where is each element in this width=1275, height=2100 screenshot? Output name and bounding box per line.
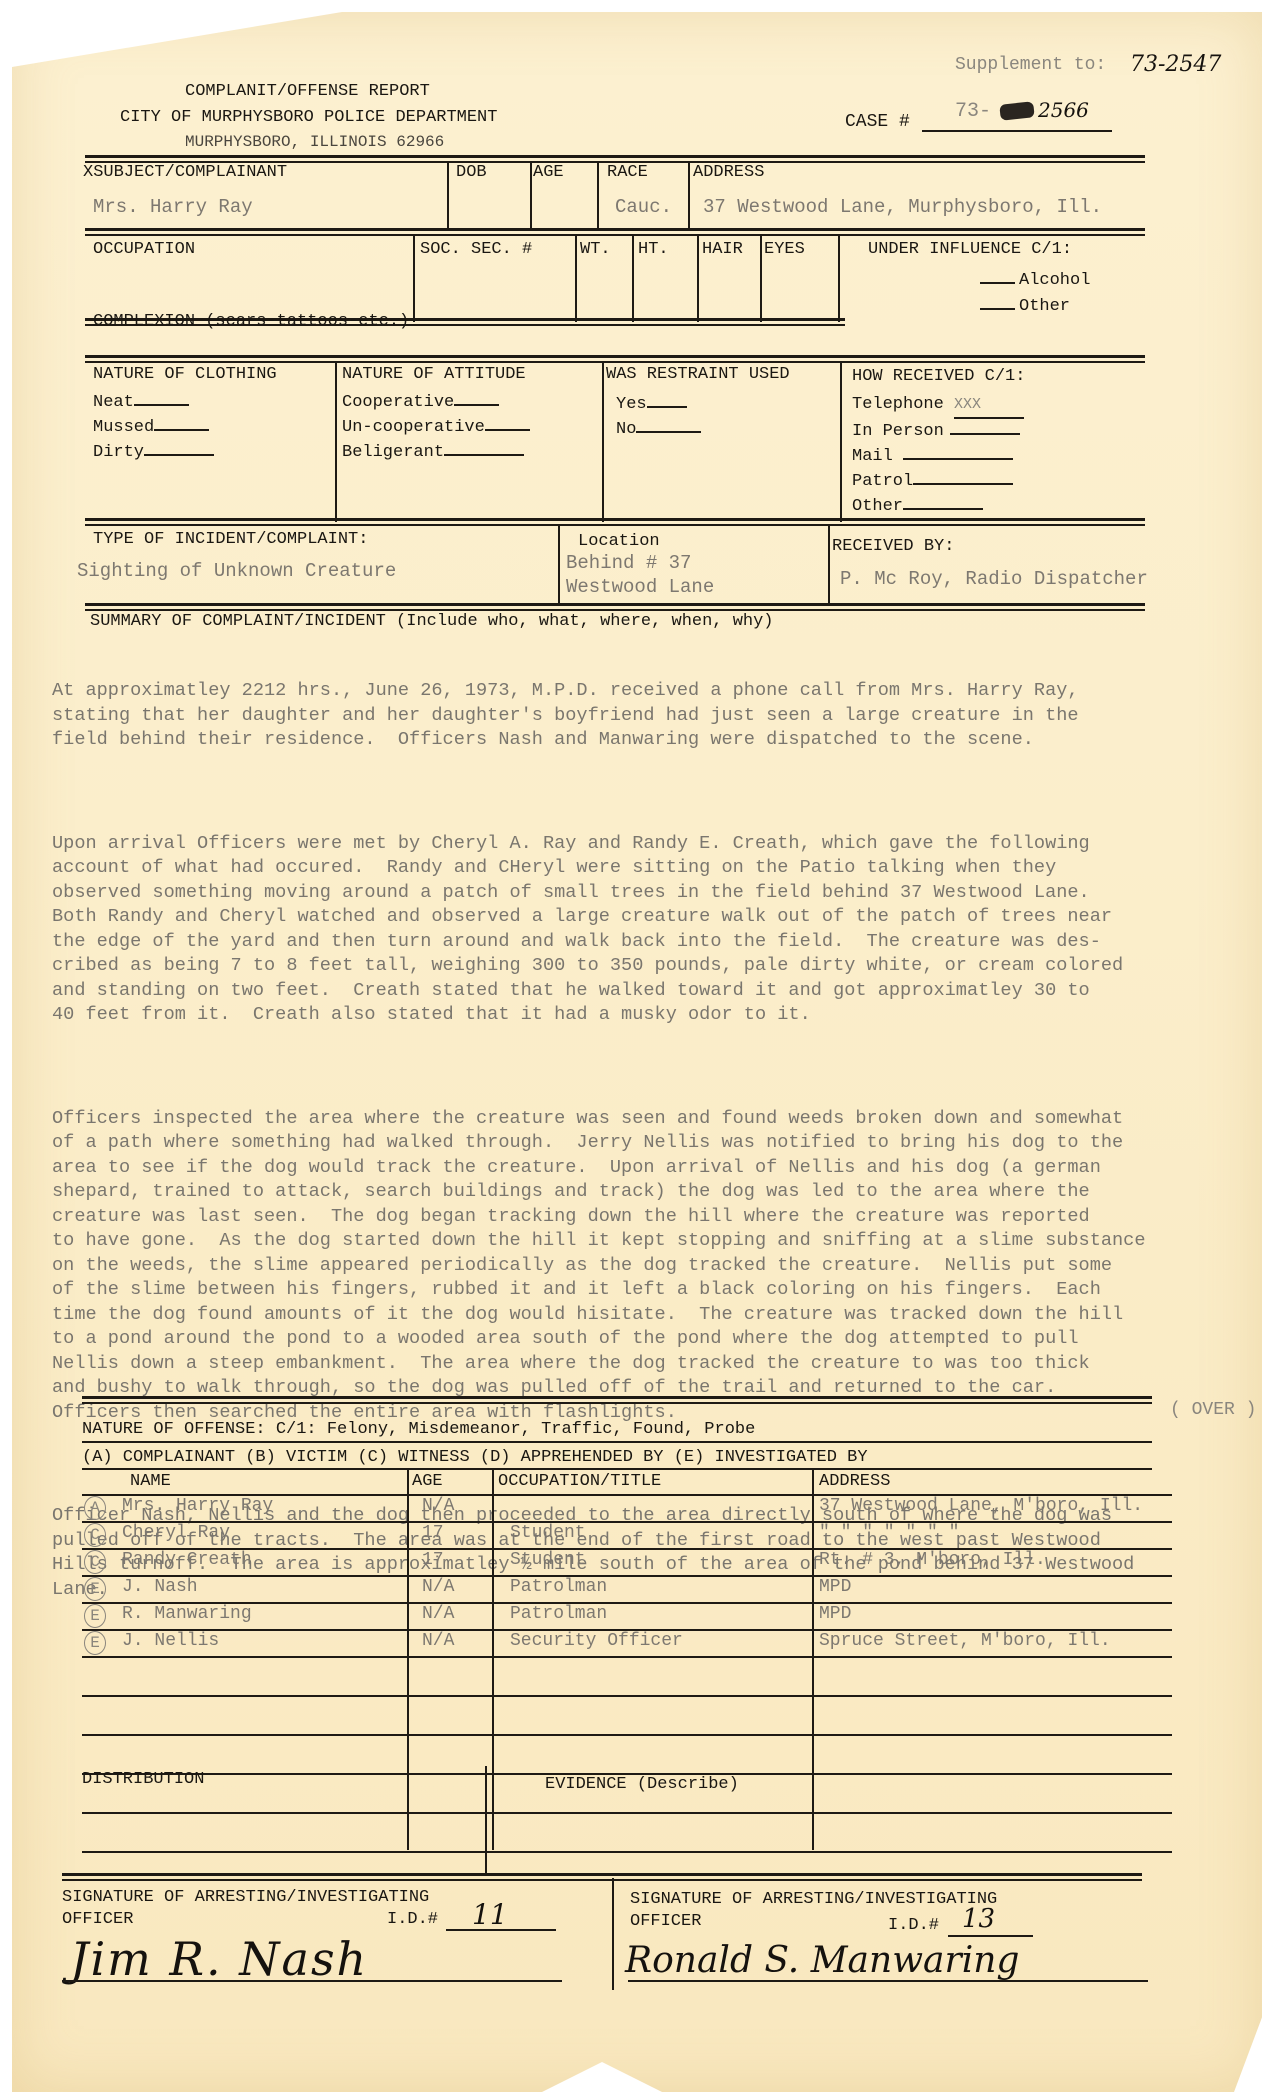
col-divider [407, 1470, 409, 1850]
col-divider [485, 1766, 487, 1876]
person-address: " " " " " " " [819, 1523, 959, 1543]
role-code-badge: A [84, 1496, 106, 1520]
option-label: Un-cooperative [342, 418, 485, 437]
person-address: MPD [819, 1604, 851, 1624]
complexion-label: COMPLEXION (scars-tattoos-etc.) [93, 312, 409, 331]
over-label: ( OVER ) [1170, 1400, 1256, 1420]
person-name: R. Manwaring [122, 1604, 252, 1624]
col-divider [812, 1470, 814, 1850]
alcohol-label: Alcohol [1019, 271, 1090, 290]
sig1-label-line1: SIGNATURE OF ARRESTING/INVESTIGATING [62, 1888, 429, 1907]
incident-type-value: Sighting of Unknown Creature [77, 560, 396, 582]
telephone-check-mark: XXX [954, 392, 1024, 419]
option-label: Other [852, 497, 903, 516]
col-header-address: ADDRESS [819, 1472, 890, 1491]
option-blank [913, 469, 1013, 485]
option-blank [903, 494, 983, 510]
restraint-options: Yes No [616, 392, 701, 442]
sig1-line [62, 1980, 562, 1982]
dob-label: DOB [456, 163, 487, 182]
option-label: Dirty [93, 443, 144, 462]
divider [85, 155, 1145, 163]
role-code-badge: E [84, 1631, 106, 1655]
option-blank [134, 390, 189, 406]
person-age: N/A [422, 1604, 454, 1624]
col-divider [838, 236, 840, 322]
case-number: 2566 [1038, 98, 1089, 122]
other-blank[interactable] [980, 294, 1015, 310]
sig2-line [628, 1980, 1148, 1982]
col-divider [688, 162, 690, 230]
blank-table-row [82, 1695, 1172, 1734]
attitude-option-uncooperative[interactable]: Un-cooperative [342, 415, 530, 440]
col-divider [612, 1878, 614, 1990]
officer2-signature[interactable]: Ronald S. Manwaring [625, 1940, 1019, 1981]
person-address: Spruce Street, M'boro, Ill. [819, 1631, 1111, 1651]
col-divider [335, 362, 337, 522]
summary-paragraph: Upon arrival Officers were met by Cheryl… [52, 832, 1262, 1028]
table-row: ER. ManwaringN/APatrolmanMPD [82, 1602, 1172, 1629]
torn-corner [12, 12, 342, 67]
option-blank [647, 392, 687, 408]
received-option-patrol[interactable]: Patrol [852, 469, 1024, 494]
col-header-name: NAME [130, 1472, 171, 1491]
restraint-option-yes[interactable]: Yes [616, 392, 701, 417]
person-occupation: Student [510, 1523, 586, 1543]
person-name: Randy Creath [122, 1550, 252, 1570]
race-label: RACE [607, 163, 648, 182]
col-divider [558, 524, 560, 604]
option-blank [950, 419, 1020, 435]
option-label: Mail [852, 447, 893, 466]
persons-header-row: NAME AGE OCCUPATION/TITLE ADDRESS [82, 1470, 1172, 1494]
department-name: CITY OF MURPHYSBORO POLICE DEPARTMENT [120, 108, 497, 127]
person-occupation: Patrolman [510, 1577, 607, 1597]
col-divider [597, 162, 599, 230]
option-label: Cooperative [342, 393, 454, 412]
supplement-number: 73-2547 [1130, 52, 1221, 77]
attitude-option-beligerant[interactable]: Beligerant [342, 440, 530, 465]
officer1-signature[interactable]: Jim R. Nash [70, 1932, 368, 1986]
col-header-age: AGE [412, 1472, 443, 1491]
case-prefix: 73- [955, 100, 991, 123]
location-line-2: Westwood Lane [566, 576, 714, 598]
influence-alcohol: Alcohol [980, 268, 1090, 290]
received-label: HOW RECEIVED C/1: [852, 367, 1025, 386]
attitude-options: Cooperative Un-cooperative Beligerant [342, 390, 530, 465]
clothing-options: Neat Mussed Dirty [93, 390, 214, 465]
sig1-label-line2: OFFICER [62, 1910, 133, 1929]
eyes-label: EYES [764, 240, 805, 259]
case-label: CASE # [845, 112, 910, 132]
table-row: EJ. NellisN/ASecurity OfficerSpruce Stre… [82, 1629, 1172, 1656]
received-by-value: P. Mc Roy, Radio Dispatcher [840, 568, 1148, 590]
role-legend: (A) COMPLAINANT (B) VICTIM (C) WITNESS (… [82, 1448, 868, 1467]
weight-label: WT. [580, 240, 611, 259]
restraint-label: WAS RESTRAINT USED [606, 365, 790, 384]
option-label: Neat [93, 393, 134, 412]
col-divider [632, 236, 634, 322]
col-divider [492, 1470, 494, 1850]
person-address: Rt. # 3, M'boro, Ill. [819, 1550, 1046, 1570]
summary-paragraph: At approximatley 2212 hrs., June 26, 197… [52, 679, 1262, 753]
alcohol-blank[interactable] [980, 268, 1015, 284]
influence-label: UNDER INFLUENCE C/1: [868, 240, 1072, 259]
col-divider [447, 162, 449, 230]
col-header-occupation: OCCUPATION/TITLE [498, 1472, 661, 1491]
supplement-label: Supplement to: [955, 55, 1106, 75]
option-blank [485, 415, 530, 431]
form-title: COMPLANIT/OFFENSE REPORT [185, 82, 430, 101]
torn-corner [542, 2062, 662, 2092]
case-number-line [922, 130, 1112, 132]
evidence-label: EVIDENCE (Describe) [545, 1775, 739, 1794]
col-divider [828, 524, 830, 604]
person-age: 17 [422, 1550, 444, 1570]
person-age: N/A [422, 1496, 454, 1516]
person-age: N/A [422, 1577, 454, 1597]
option-label: Beligerant [342, 443, 444, 462]
option-label: Patrol [852, 472, 913, 491]
sig2-id-label: I.D.# [888, 1916, 939, 1935]
person-name: J. Nash [122, 1577, 198, 1597]
persons-table: NAME AGE OCCUPATION/TITLE ADDRESS AMrs. … [82, 1470, 1172, 1853]
person-age: N/A [422, 1631, 454, 1651]
subject-name: Mrs. Harry Ray [93, 196, 253, 218]
nature-of-offense: NATURE OF OFFENSE: C/1: Felony, Misdemea… [82, 1420, 755, 1439]
col-divider [530, 162, 532, 230]
sig2-id-value[interactable]: 13 [962, 1904, 995, 1934]
col-divider [760, 236, 762, 322]
person-name: Cheryl Ray [122, 1523, 230, 1543]
sig2-label-line1: SIGNATURE OF ARRESTING/INVESTIGATING [630, 1890, 997, 1909]
option-label: No [616, 420, 636, 439]
location-line-1: Behind # 37 [566, 552, 691, 574]
age-label: AGE [533, 163, 564, 182]
person-occupation: Student [510, 1550, 586, 1570]
option-blank [636, 417, 701, 433]
table-row: AMrs. Harry RayN/A37 Westwood Lane, M'bo… [82, 1494, 1172, 1521]
location-label: Location [578, 532, 660, 551]
table-row: CCheryl Ray17Student" " " " " " " [82, 1521, 1172, 1548]
divider [82, 1851, 1172, 1853]
option-blank [903, 444, 1013, 460]
col-divider [840, 362, 842, 522]
subject-race: Cauc. [615, 196, 672, 218]
person-age: 17 [422, 1523, 444, 1543]
blank-table-row [82, 1812, 1172, 1851]
divider [85, 355, 1145, 363]
col-divider [575, 236, 577, 322]
clothing-option-dirty[interactable]: Dirty [93, 440, 214, 465]
option-label: In Person [852, 422, 944, 441]
received-option-other[interactable]: Other [852, 494, 1024, 519]
received-option-mail[interactable]: Mail [852, 444, 1024, 469]
summary-paragraph: Officers inspected the area where the cr… [52, 1107, 1262, 1426]
sig2-label-line2: OFFICER [630, 1912, 701, 1931]
role-code-badge: C [84, 1523, 106, 1547]
person-name: Mrs. Harry Ray [122, 1496, 273, 1516]
blank-table-row [82, 1734, 1172, 1773]
address-label: ADDRESS [693, 163, 764, 182]
influence-other: Other [980, 294, 1070, 316]
col-divider [602, 362, 604, 522]
subject-address: 37 Westwood Lane, Murphysboro, Ill. [703, 196, 1102, 218]
role-code-badge: E [84, 1577, 106, 1601]
option-blank [454, 390, 499, 406]
option-label: Yes [616, 395, 647, 414]
clothing-option-mussed[interactable]: Mussed [93, 415, 214, 440]
summary-label: SUMMARY OF COMPLAINT/INCIDENT (Include w… [90, 612, 774, 631]
sig2-id-line [948, 1935, 1033, 1937]
height-label: HT. [638, 240, 669, 259]
divider [82, 1441, 1152, 1443]
occupation-label: OCCUPATION [93, 240, 195, 259]
department-city: MURPHYSBORO, ILLINOIS 62966 [185, 133, 444, 151]
incident-type-label: TYPE OF INCIDENT/COMPLAINT: [93, 530, 368, 549]
divider [82, 1396, 1152, 1404]
clothing-label: NATURE OF CLOTHING [93, 365, 277, 384]
other-label: Other [1019, 297, 1070, 316]
divider [62, 1873, 1142, 1881]
ssn-label: SOC. SEC. # [420, 240, 532, 259]
blank-table-row [82, 1656, 1172, 1695]
table-row: EJ. NashN/APatrolmanMPD [82, 1575, 1172, 1602]
col-divider [413, 236, 415, 322]
sig1-id-value[interactable]: 11 [472, 1898, 508, 1931]
option-blank [154, 415, 209, 431]
divider [85, 228, 1145, 236]
option-blank [444, 440, 524, 456]
option-label: Telephone [852, 395, 944, 414]
person-occupation: Security Officer [510, 1631, 683, 1651]
person-name: J. Nellis [122, 1631, 219, 1651]
received-option-in-person[interactable]: In Person [852, 419, 1024, 444]
sig1-id-label: I.D.# [387, 1910, 438, 1929]
attitude-option-cooperative[interactable]: Cooperative [342, 390, 530, 415]
col-divider [697, 236, 699, 322]
hair-label: HAIR [702, 240, 743, 259]
received-options: Telephone XXX In Person Mail Patrol Othe… [852, 392, 1024, 519]
role-code-badge: C [84, 1550, 106, 1574]
person-occupation: Patrolman [510, 1604, 607, 1624]
received-option-telephone[interactable]: Telephone XXX [852, 392, 1024, 419]
received-by-label: RECEIVED BY: [832, 537, 954, 556]
distribution-label: DISTRIBUTION [82, 1770, 204, 1789]
attitude-label: NATURE OF ATTITUDE [342, 365, 526, 384]
divider [85, 603, 1145, 611]
person-address: MPD [819, 1577, 851, 1597]
subject-label: XSUBJECT/COMPLAINANT [83, 163, 287, 182]
option-blank [144, 440, 214, 456]
restraint-option-no[interactable]: No [616, 417, 701, 442]
role-code-badge: E [84, 1604, 106, 1628]
divider [85, 518, 1145, 526]
clothing-option-neat[interactable]: Neat [93, 390, 214, 415]
option-label: Mussed [93, 418, 154, 437]
table-row: CRandy Creath17StudentRt. # 3, M'boro, I… [82, 1548, 1172, 1575]
torn-corner [1234, 2012, 1264, 2092]
person-address: 37 Westwood Lane, M'boro, Ill. [819, 1496, 1143, 1516]
persons-rows: AMrs. Harry RayN/A37 Westwood Lane, M'bo… [82, 1494, 1172, 1853]
